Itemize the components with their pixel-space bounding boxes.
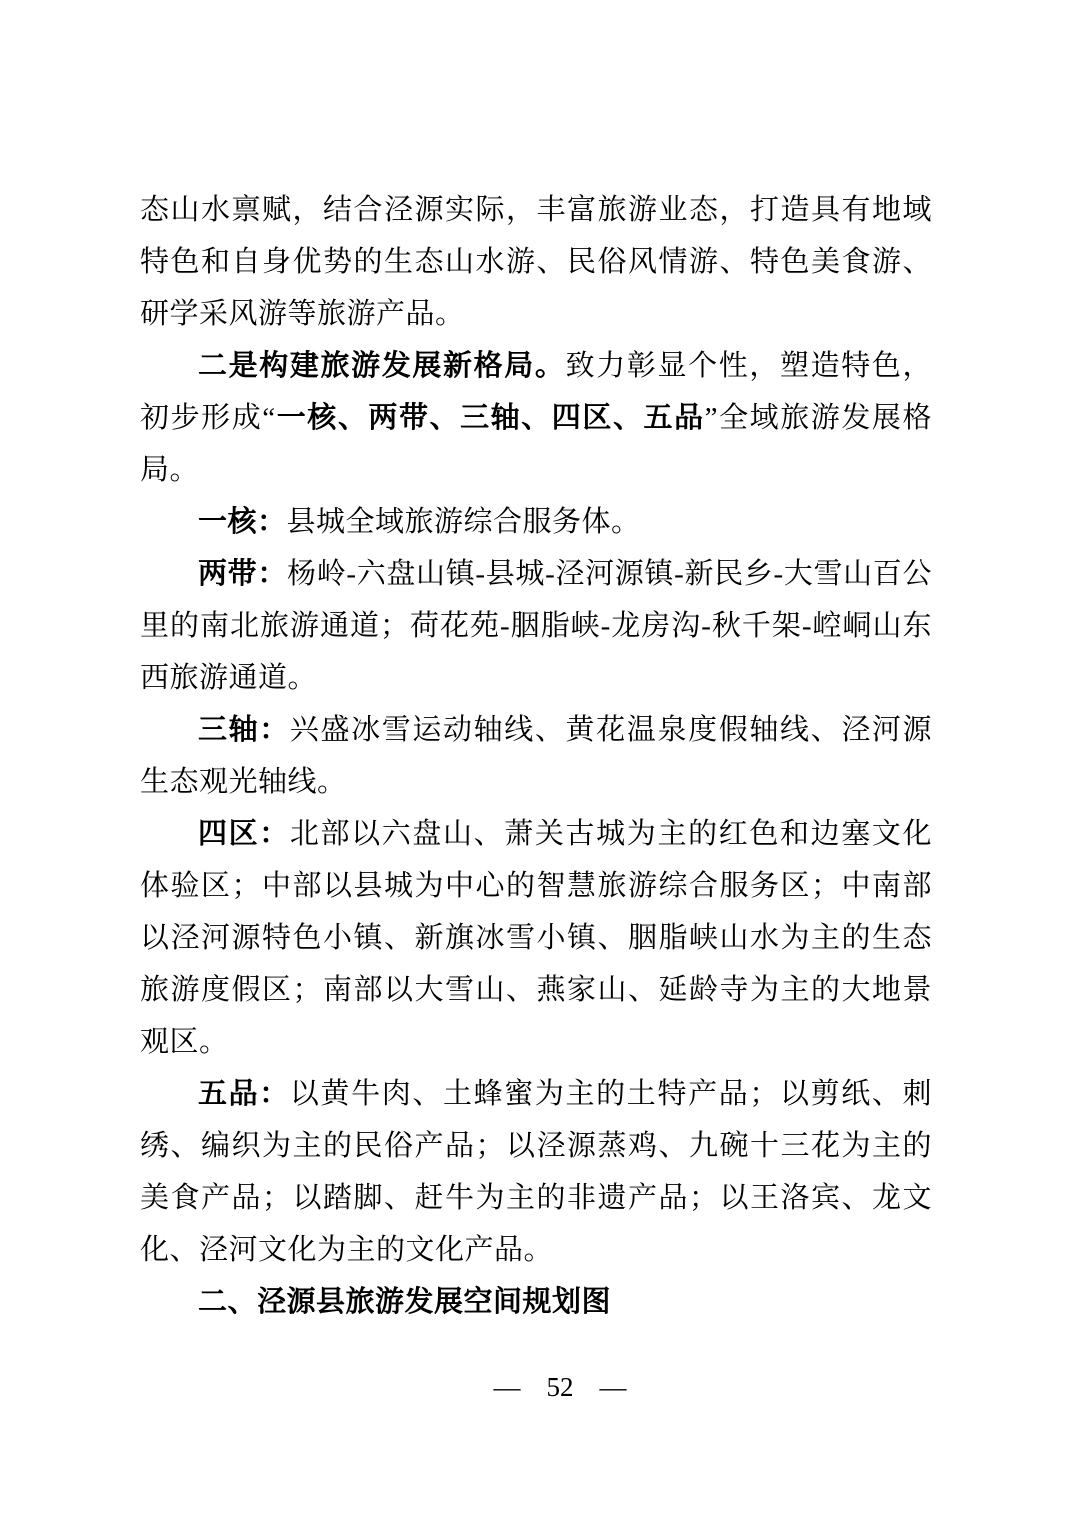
document-content: 态山水禀赋，结合泾源实际，丰富旅游业态，打造具有地域特色和自身优势的生态山水游、… xyxy=(140,184,932,1328)
footer-left-dash: — xyxy=(494,1372,521,1403)
body-paragraph: 四区：北部以六盘山、萧关古城为主的红色和边塞文化体验区；中部以县城为中心的智慧旅… xyxy=(140,808,932,1068)
bold-text-run: 二是构建旅游发展新格局。 xyxy=(198,350,566,382)
section-heading: 二、泾源县旅游发展空间规划图 xyxy=(140,1276,932,1328)
page-footer: — 52 — xyxy=(25,1372,1070,1403)
body-paragraph: 态山水禀赋，结合泾源实际，丰富旅游业态，打造具有地域特色和自身优势的生态山水游、… xyxy=(140,184,932,340)
body-paragraph: 二是构建旅游发展新格局。致力彰显个性，塑造特色，初步形成“一核、两带、三轴、四区… xyxy=(140,340,932,496)
bold-text-run: 五品： xyxy=(198,1078,290,1110)
page-number: 52 xyxy=(547,1372,574,1403)
bold-text-run: 两带： xyxy=(198,558,287,590)
document-page: 态山水禀赋，结合泾源实际，丰富旅游业态，打造具有地域特色和自身优势的生态山水游、… xyxy=(0,0,1070,1515)
body-paragraph: 一核：县城全域旅游综合服务体。 xyxy=(140,496,932,548)
bold-text-run: 二、泾源县旅游发展空间规划图 xyxy=(198,1286,611,1318)
body-paragraph: 三轴：兴盛冰雪运动轴线、黄花温泉度假轴线、泾河源生态观光轴线。 xyxy=(140,704,932,808)
text-run: 态山水禀赋，结合泾源实际，丰富旅游业态，打造具有地域特色和自身优势的生态山水游、… xyxy=(140,194,932,330)
bold-text-run: 一核： xyxy=(198,506,287,538)
bold-text-run: 三轴： xyxy=(198,714,290,746)
footer-right-dash: — xyxy=(600,1372,627,1403)
text-run: 县城全域旅游综合服务体。 xyxy=(287,506,641,538)
body-paragraph: 五品：以黄牛肉、土蜂蜜为主的土特产品；以剪纸、刺绣、编织为主的民俗产品；以泾源蒸… xyxy=(140,1068,932,1276)
text-run: 北部以六盘山、萧关古城为主的红色和边塞文化体验区；中部以县城为中心的智慧旅游综合… xyxy=(140,818,932,1058)
body-paragraph: 两带：杨岭-六盘山镇-县城-泾河源镇-新民乡-大雪山百公里的南北旅游通道；荷花苑… xyxy=(140,548,932,704)
bold-text-run: 一核、两带、三轴、四区、五品 xyxy=(276,402,705,434)
bold-text-run: 四区： xyxy=(198,818,290,850)
